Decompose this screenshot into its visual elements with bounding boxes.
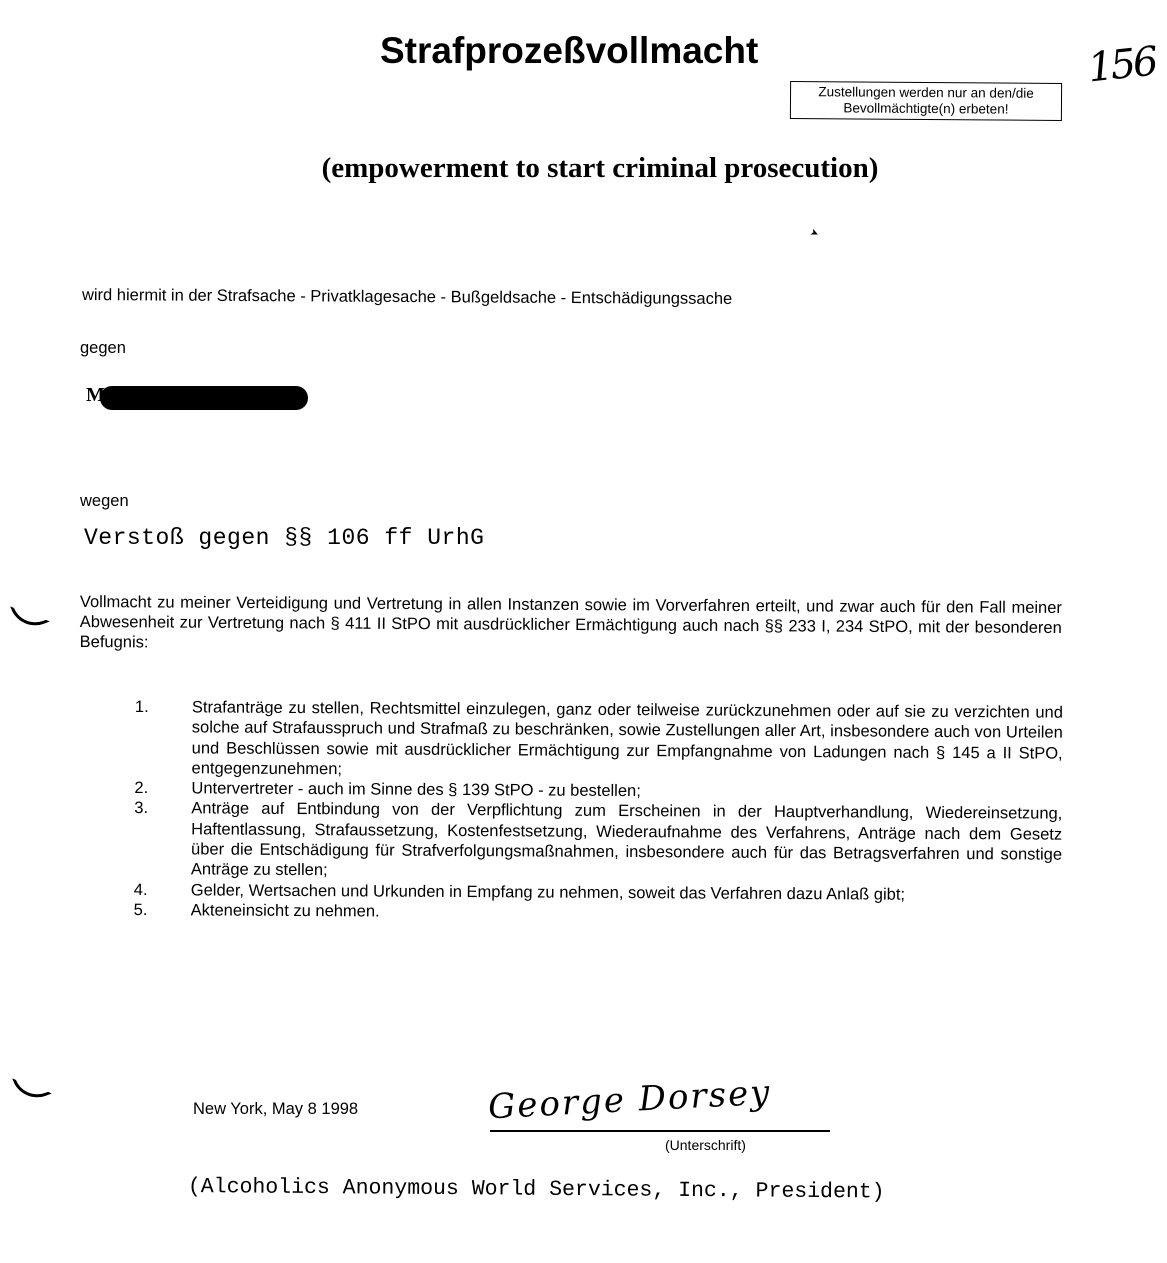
list-number: 2. bbox=[134, 778, 191, 799]
service-notice-line-1: Zustellungen werden nur an den/die bbox=[791, 84, 1061, 102]
document-subtitle: (empowerment to start criminal prosecuti… bbox=[0, 152, 1167, 185]
list-number: 5. bbox=[134, 900, 191, 921]
signer-role: (Alcoholics Anonymous World Services, In… bbox=[188, 1175, 885, 1204]
powers-list: 1. Strafanträge zu stellen, Rechtsmittel… bbox=[134, 697, 1063, 926]
list-text: Anträge auf Entbindung von der Verpflich… bbox=[191, 799, 1062, 886]
punch-hole-mark-icon bbox=[12, 1067, 52, 1104]
list-number: 1. bbox=[135, 697, 192, 779]
place-and-date: New York, May 8 1998 bbox=[193, 1100, 358, 1119]
list-item: 1. Strafanträge zu stellen, Rechtsmittel… bbox=[135, 697, 1063, 784]
scan-artifact-mark: ➤ bbox=[808, 227, 820, 241]
handwritten-signature: George Dorsey bbox=[487, 1073, 772, 1128]
list-item: 5. Akteneinsicht zu nehmen. bbox=[134, 900, 1062, 926]
list-number: 3. bbox=[134, 798, 191, 880]
handwritten-page-number: 156 bbox=[1086, 39, 1158, 92]
against-label: gegen bbox=[80, 338, 126, 358]
list-number: 4. bbox=[134, 880, 191, 901]
list-text: Strafanträge zu stellen, Rechtsmittel ei… bbox=[192, 697, 1063, 784]
signature-line bbox=[490, 1130, 830, 1132]
reason-label: wegen bbox=[80, 491, 129, 511]
list-item: 3. Anträge auf Entbindung von der Verpfl… bbox=[134, 798, 1062, 885]
mandate-paragraph: Vollmacht zu meiner Verteidigung und Ver… bbox=[80, 592, 1062, 658]
case-types-line: wird hiermit in der Strafsache - Privatk… bbox=[82, 285, 732, 309]
document-title: Strafprozeßvollmacht bbox=[380, 30, 758, 72]
list-text: Akteneinsicht zu nehmen. bbox=[191, 900, 1062, 926]
signature-caption: (Unterschrift) bbox=[665, 1137, 746, 1153]
service-notice-box: Zustellungen werden nur an den/die Bevol… bbox=[790, 81, 1062, 121]
defendant-name-redaction bbox=[100, 386, 308, 410]
reason-value: Verstoß gegen §§ 106 ff UrhG bbox=[84, 525, 484, 551]
service-notice-line-2: Bevollmächtigte(n) erbeten! bbox=[791, 100, 1061, 118]
punch-hole-mark-icon bbox=[10, 595, 50, 632]
